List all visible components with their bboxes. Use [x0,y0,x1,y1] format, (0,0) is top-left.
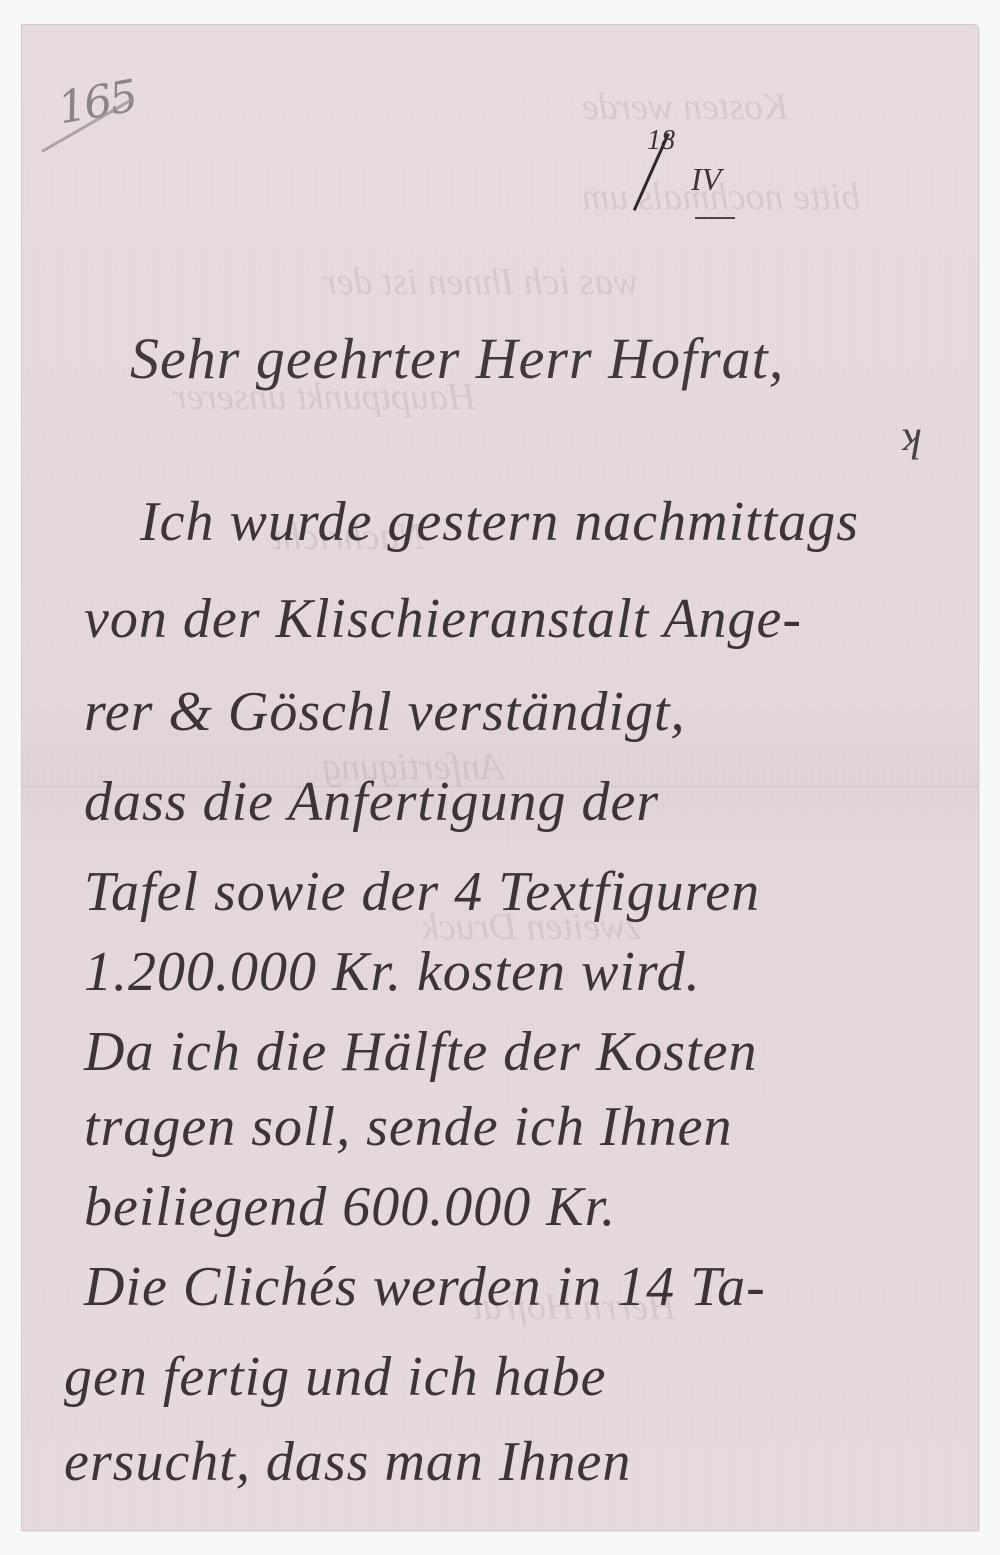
body-line: tragen soll, sende ich Ihnen [84,1095,733,1159]
body-line: Die Clichés werden in 14 Ta- [84,1255,766,1319]
body-line: ersucht, dass man Ihnen [64,1430,631,1494]
body-line: Tafel sowie der 4 Textfiguren [84,860,760,924]
body-line: von der Klischieranstalt Ange- [84,587,802,651]
body-line: rer & Göschl verständigt, [84,680,686,744]
body-line: gen fertig und ich habe [64,1345,606,1409]
body-line: beiliegend 600.000 Kr. [84,1175,616,1239]
body-line: 1.200.000 Kr. kosten wird. [84,940,701,1004]
body-line: Ich wurde gestern nachmittags [140,490,859,554]
body-line: dass die Anfertigung der [84,770,659,834]
salutation: Sehr geehrter Herr Hofrat, [130,325,784,392]
body-line: Da ich die Hälfte der Kosten [84,1020,757,1084]
letter-sheet: Kosten werde bitte nochmals um was ich I… [22,25,978,1530]
letter-body: Sehr geehrter Herr Hofrat, ʞ Ich wurde g… [22,25,978,1530]
margin-mark: ʞ [902,410,922,461]
